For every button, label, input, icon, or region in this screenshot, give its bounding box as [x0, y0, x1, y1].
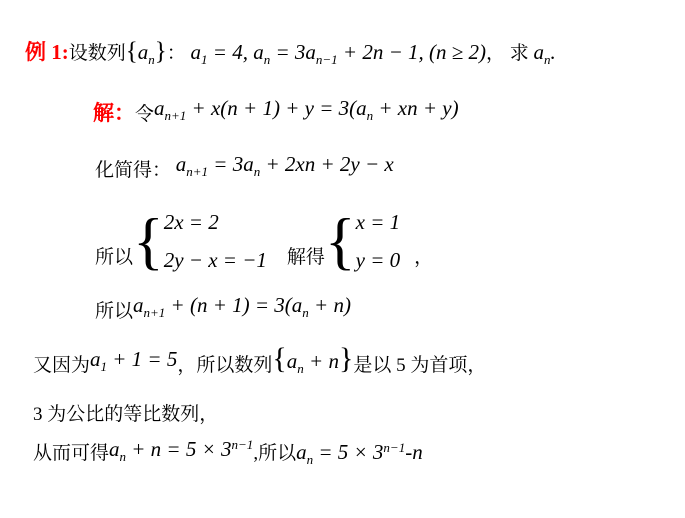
problem-text: 设数列 — [69, 38, 126, 65]
system-row: 2x = 2 — [164, 203, 267, 241]
math-text: + n — [304, 349, 339, 373]
math-text: a — [191, 40, 202, 64]
geometric-line-2: 3 为公比的等比数列， — [33, 399, 218, 426]
math-text: + n = 5 × 3 — [126, 437, 232, 461]
system-line: 所以 { 2x = 2 2y − x = −1 解得 { x = 1 y = 0… — [95, 203, 433, 279]
math-text: a — [296, 440, 307, 464]
example-label: 例 1: — [25, 36, 69, 66]
math-text: a — [534, 40, 545, 64]
target-term: an. — [534, 40, 556, 65]
system-row: 2y − x = −1 — [164, 241, 267, 279]
math-text: . — [551, 40, 556, 64]
solution-label: 解： — [93, 97, 135, 127]
simplified-formula: an+1 = 3an + 2xn + 2y − x — [176, 152, 394, 177]
math-text: + n) — [309, 293, 351, 317]
general-term-formula: an + n = 5 × 3n−1 — [109, 437, 253, 462]
math-text: a — [90, 347, 101, 371]
conclusion-line: 所以 an+1 + (n + 1) = 3(an + n) — [95, 296, 351, 323]
document-page: 例 1: 设数列 { an } ： a1 = 4, an = 3an−1 + 2… — [0, 0, 685, 518]
math-text: = 5 × 3 — [313, 440, 383, 464]
system-row: y = 0 — [356, 241, 401, 279]
subscript: n+1 — [144, 305, 166, 320]
math-text: -n — [405, 440, 423, 464]
solve-result-text: 解得 — [287, 242, 325, 279]
brace-close: } — [339, 342, 353, 375]
brace-open: { — [272, 342, 286, 375]
math-text: a — [154, 96, 165, 120]
therefore-text: 所以 — [95, 296, 133, 323]
thus-text: 从而可得 — [33, 438, 109, 465]
subscript: n−1 — [316, 52, 338, 67]
math-text: + 1 = 5 — [107, 347, 177, 371]
math-text: + 2n − 1, (n ≥ 2) — [338, 40, 486, 64]
superscript: n−1 — [383, 440, 405, 455]
math-text: = 3 — [208, 152, 243, 176]
subscript: n+1 — [165, 108, 187, 123]
transformed-recurrence: an+1 + (n + 1) = 3(an + n) — [133, 293, 351, 318]
superscript: n−1 — [232, 437, 254, 452]
brace-close: } — [155, 38, 167, 66]
equation-system-2: { x = 1 y = 0 — [325, 203, 400, 279]
geometric-line-1: 又因为 a1 + 1 = 5 ，所以数列 {an + n} 是以 5 为首项， — [33, 350, 486, 377]
math-text: a — [292, 293, 303, 317]
initial-term-formula: a1 + 1 = 5 — [90, 347, 177, 372]
so-sequence-text: ，所以数列 — [177, 350, 272, 377]
math-text: a — [138, 40, 149, 64]
ask-text: ， 求 — [486, 38, 534, 65]
math-text: + x(n + 1) + y = 3( — [186, 96, 356, 120]
equation-system-1: { 2x = 2 2y − x = −1 — [133, 203, 267, 279]
therefore-text: 所以 — [95, 242, 133, 279]
math-text: + (n + 1) = 3( — [165, 293, 292, 317]
brace-open: { — [126, 38, 138, 66]
final-line: 从而可得 an + n = 5 × 3n−1 ,所以 an = 5 × 3n−1… — [33, 438, 423, 465]
math-text: = 4, — [208, 40, 254, 64]
math-text: a — [243, 152, 254, 176]
problem-line: 例 1: 设数列 { an } ： a1 = 4, an = 3an−1 + 2… — [25, 36, 556, 66]
math-text: a — [305, 40, 316, 64]
system-brace: { — [133, 203, 164, 279]
colon-text: ： — [167, 38, 191, 65]
let-text: 令 — [135, 99, 154, 126]
sequence-notation: an — [138, 40, 155, 65]
math-text: a — [253, 40, 264, 64]
recurrence-formula: a1 = 4, an = 3an−1 + 2n − 1, (n ≥ 2) — [191, 40, 486, 65]
so-text: ,所以 — [253, 438, 296, 465]
solve-step-line: 解： 令 an+1 + x(n + 1) + y = 3(an + xn + y… — [93, 97, 459, 127]
math-text: a — [133, 293, 144, 317]
simplify-line: 化简得： an+1 = 3an + 2xn + 2y − x — [95, 155, 394, 182]
system-brace: { — [325, 203, 356, 279]
math-text: a — [287, 349, 298, 373]
substitution-formula: an+1 + x(n + 1) + y = 3(an + xn + y) — [154, 96, 459, 121]
ratio-text: 3 为公比的等比数列， — [33, 399, 218, 426]
simplify-text: 化简得： — [95, 155, 176, 182]
final-answer-formula: an = 5 × 3n−1-n — [296, 440, 423, 465]
math-text: a — [109, 437, 120, 461]
comma-text: ， — [414, 242, 433, 279]
sequence-term: {an + n} — [272, 349, 353, 374]
math-text: = 3 — [270, 40, 305, 64]
math-text: + xn + y) — [373, 96, 458, 120]
because-text: 又因为 — [33, 350, 90, 377]
system-row: x = 1 — [356, 203, 401, 241]
math-text: a — [356, 96, 367, 120]
math-text: a — [176, 152, 187, 176]
system-rows: 2x = 2 2y − x = −1 — [164, 203, 267, 279]
system-rows: x = 1 y = 0 — [356, 203, 401, 279]
math-text: + 2xn + 2y − x — [260, 152, 393, 176]
subscript: n+1 — [186, 164, 208, 179]
first-term-text: 是以 5 为首项， — [353, 350, 486, 377]
